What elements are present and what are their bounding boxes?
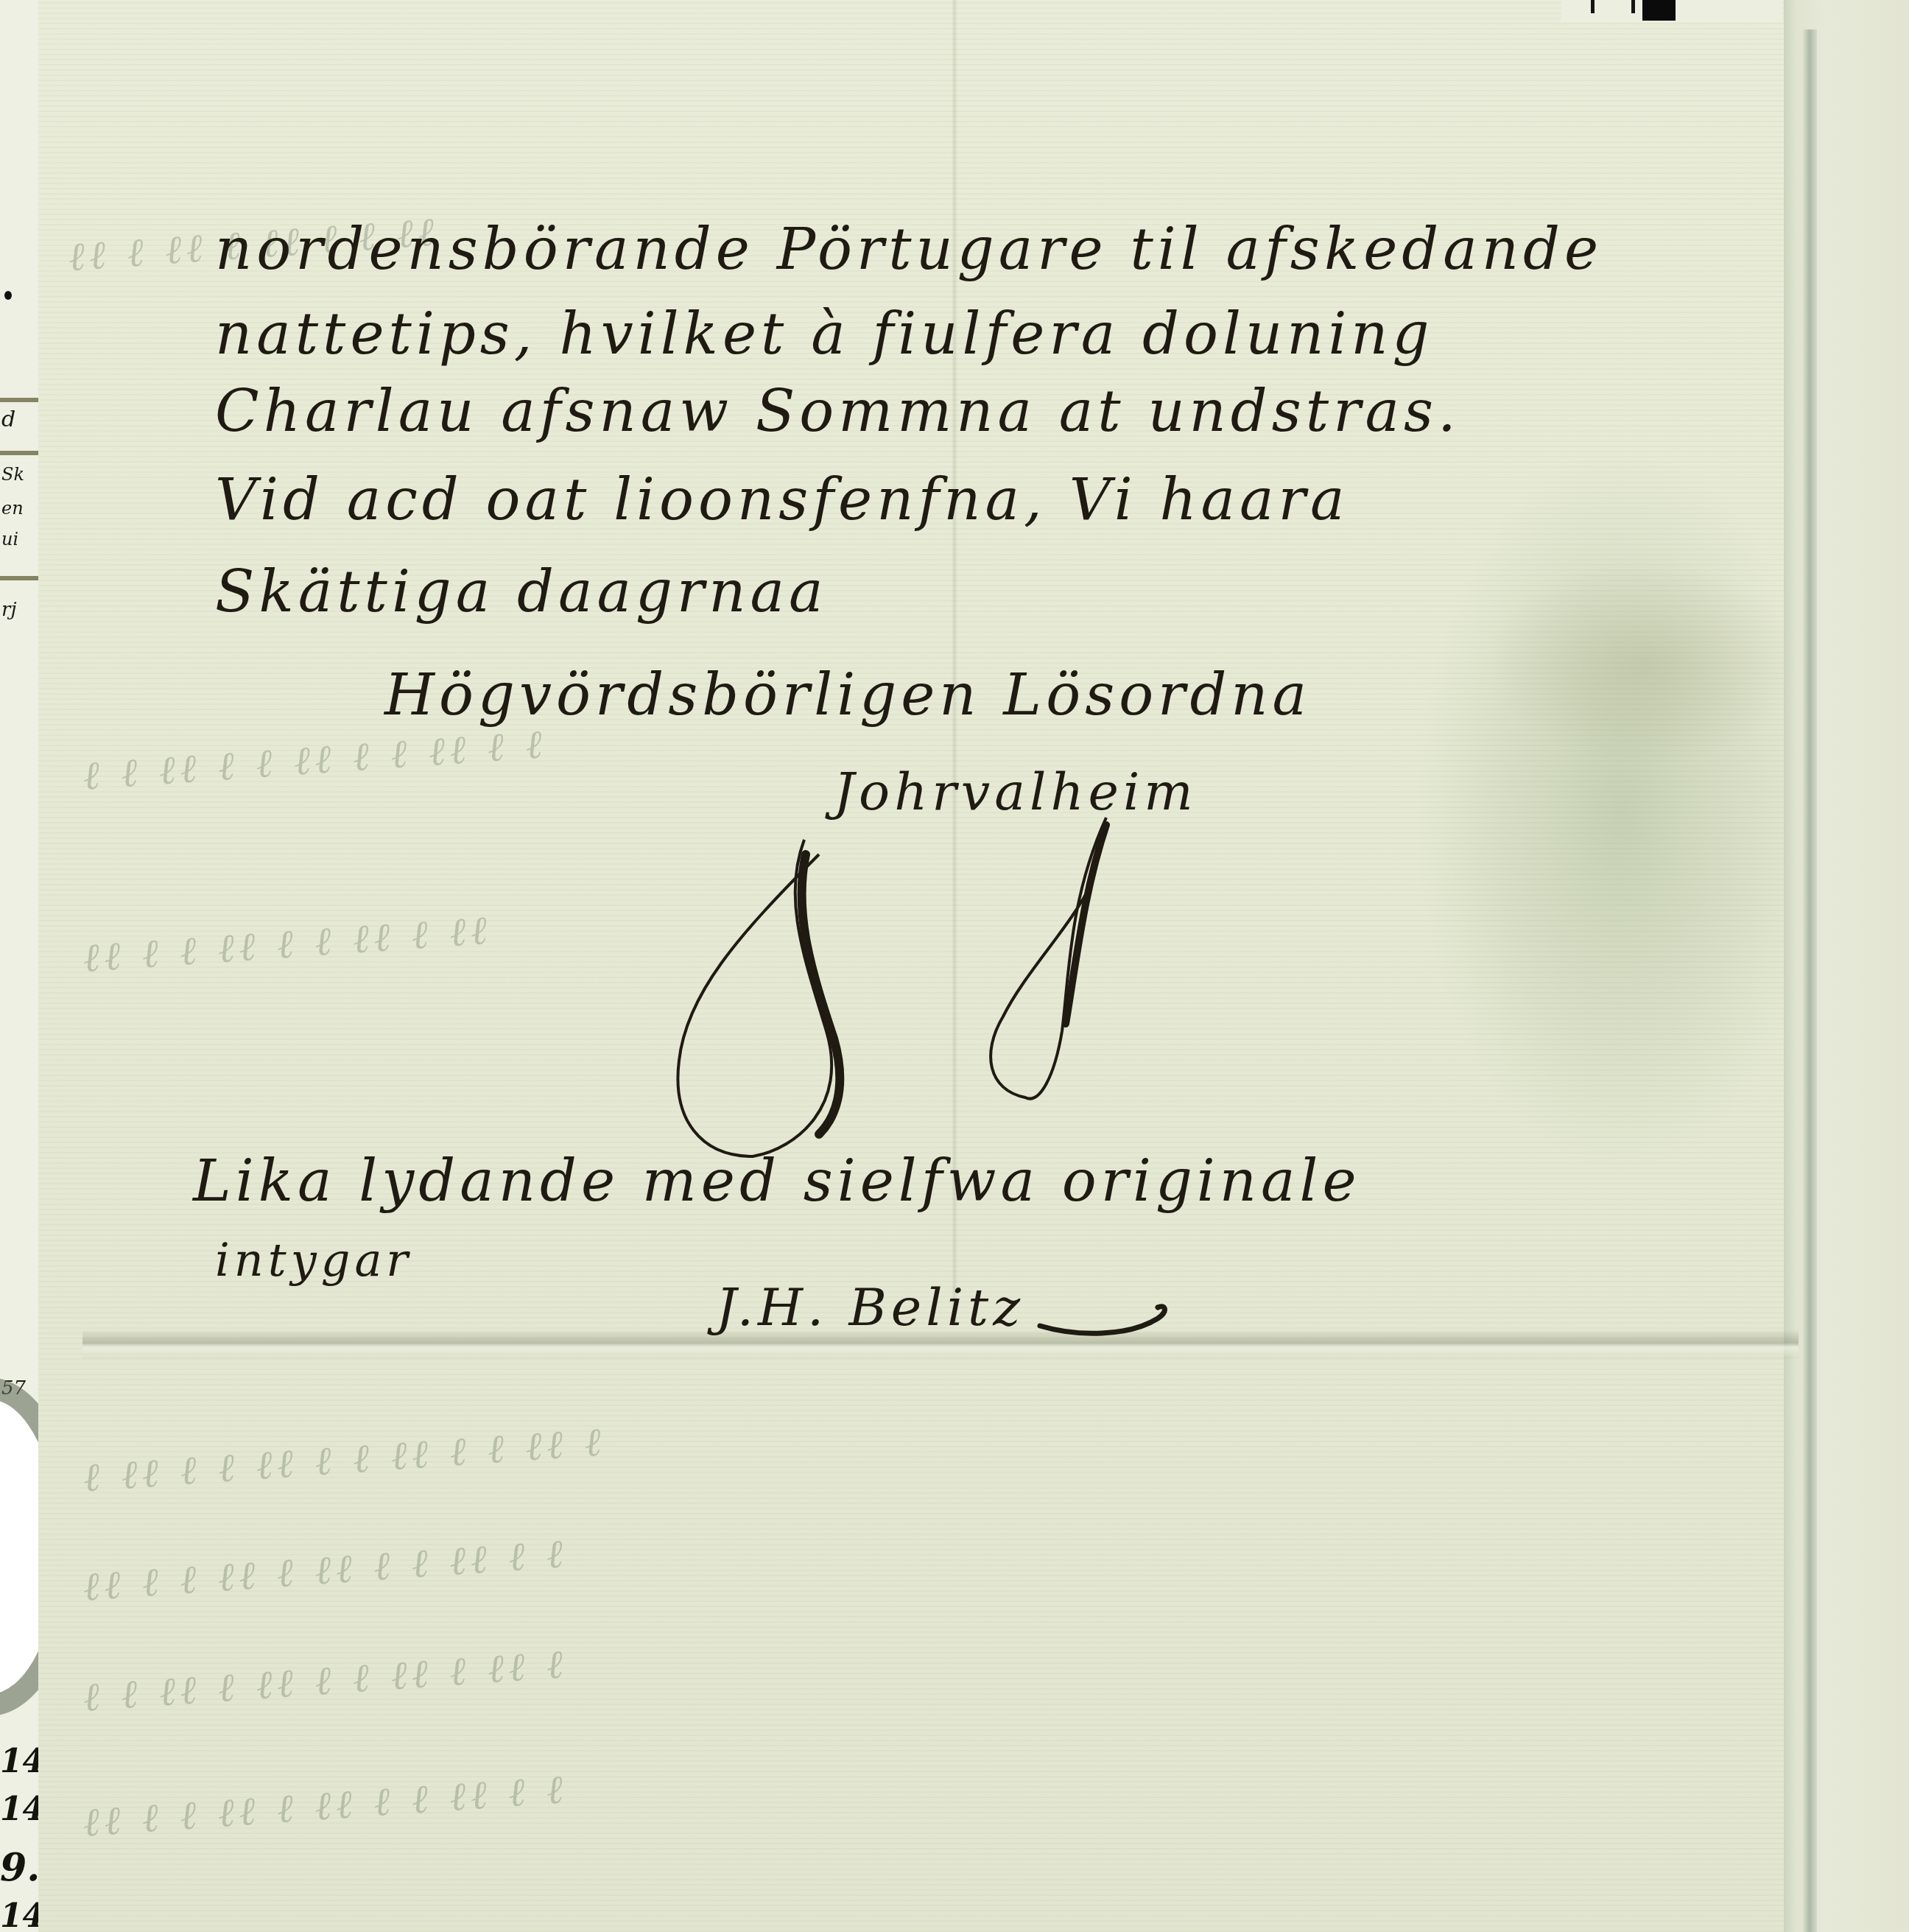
bleed-through-text: ℓ ℓ ℓℓ ℓ ℓ ℓℓ ℓ ℓ ℓℓ ℓ ℓ [82, 720, 548, 799]
ledger-rule [0, 576, 43, 580]
letter-line-2: nattetips, hvilket à fiulfera doluning [215, 306, 1434, 363]
ledger-margin: d Sk en ui rj 57 14. 14. 9. 14. [0, 0, 43, 1932]
ledger-rule [0, 398, 43, 402]
sheet-right-edge [1802, 29, 1817, 1932]
ink-dot [4, 291, 12, 300]
top-mark [1631, 0, 1635, 13]
top-mark [1591, 0, 1595, 13]
ledger-glyph: en [1, 499, 24, 517]
attestation-line-1: Lika lydande med sielfwa originale [193, 1153, 1361, 1210]
attestation-signature: J.H. Belitz [716, 1282, 1024, 1333]
bleed-through-text: ℓ ℓ ℓℓ ℓ ℓℓ ℓ ℓ ℓℓ ℓ ℓℓ ℓ [82, 1640, 569, 1721]
letter-line-1: nordensbörande Pörtugare til afskedande [215, 221, 1603, 278]
closing-phrase: Högvördsbörligen Lösordna [384, 667, 1311, 724]
bleed-through-text: ℓ ℓℓ ℓ ℓ ℓℓ ℓ ℓ ℓℓ ℓ ℓ ℓℓ ℓ [82, 1418, 607, 1500]
letter-line-3: Charlau afsnaw Sommna at undstras. [215, 383, 1460, 440]
ledger-glyph: Sk [1, 466, 24, 483]
ledger-fragment: 57 [1, 1379, 26, 1398]
attestation-line-2: intygar [215, 1237, 412, 1283]
ledger-rule [0, 451, 43, 455]
ledger-number: 9. [0, 1849, 40, 1887]
letter-line-5: Skättiga daagrnaa [215, 563, 827, 621]
letter-sheet: ℓℓ ℓ ℓℓ ℓ ℓℓ ℓ ℓ ℓℓ ℓ ℓ ℓℓ ℓ ℓ ℓℓ ℓ ℓ ℓℓ… [38, 0, 1784, 1932]
paraph-flourish [613, 810, 1173, 1193]
black-index-tab [1642, 0, 1676, 21]
bleed-through-text: ℓℓ ℓ ℓ ℓℓ ℓ ℓℓ ℓ ℓ ℓℓ ℓ ℓ [82, 1766, 569, 1846]
letter-line-4: Vid acd oat lioonsfenfna, Vi haara [215, 471, 1349, 529]
bleed-through-text: ℓℓ ℓ ℓ ℓℓ ℓ ℓℓ ℓ ℓ ℓℓ ℓ ℓ [82, 1530, 569, 1610]
ledger-glyph: d [1, 409, 15, 431]
bleed-through-text: ℓℓ ℓ ℓ ℓℓ ℓ ℓ ℓℓ ℓ ℓℓ [81, 907, 493, 982]
ledger-glyph: rj [1, 600, 17, 619]
ledger-glyph: ui [1, 530, 18, 548]
signature-underline-flourish [1033, 1296, 1180, 1348]
underlying-page-edge [1782, 0, 1909, 1932]
